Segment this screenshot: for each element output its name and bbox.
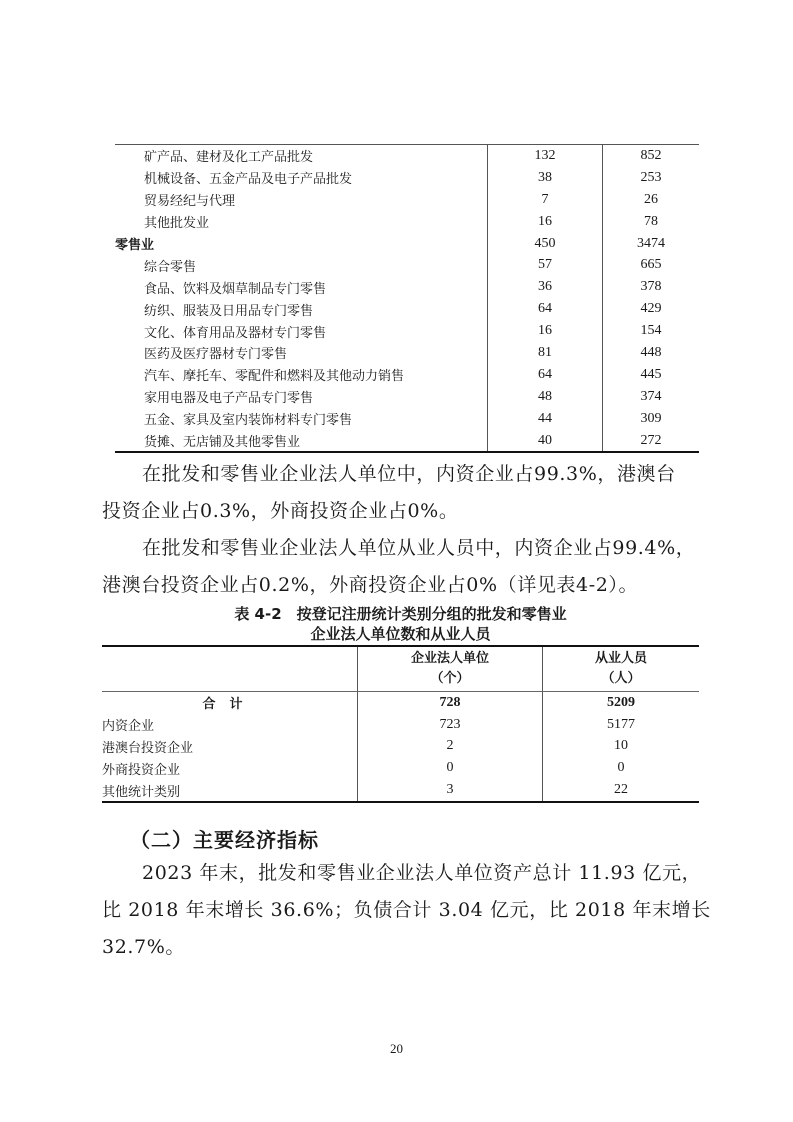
row-label: 汽车、摩托车、零配件和燃料及其他动力销售 — [115, 365, 487, 384]
units-cell: 728 — [357, 692, 542, 714]
table-row: 货摊、无店铺及其他零售业40272 — [115, 430, 699, 452]
employees-cell: 448 — [602, 342, 699, 364]
units-cell: 7 — [487, 189, 602, 211]
units-cell: 3 — [357, 779, 542, 801]
units-cell: 0 — [357, 757, 542, 779]
table-row: 食品、饮料及烟草制品专门零售36378 — [115, 276, 699, 298]
units-cell: 40 — [487, 430, 602, 452]
row-label: 外商投资企业 — [102, 759, 357, 778]
table-row: 内资企业7235177 — [102, 714, 699, 736]
employees-cell: 22 — [542, 779, 699, 801]
units-cell: 64 — [487, 364, 602, 386]
industry-breakdown-table: 矿产品、建材及化工产品批发132852 机械设备、五金产品及电子产品批发3825… — [115, 144, 699, 453]
employees-cell: 0 — [542, 757, 699, 779]
table-row-total: 合计7285209 — [102, 692, 699, 714]
table-row: 纺织、服装及日用品专门零售64429 — [115, 298, 699, 320]
employees-cell: 665 — [602, 254, 699, 276]
category-label: 零售业 — [115, 234, 487, 253]
employees-cell: 26 — [602, 189, 699, 211]
paragraph-line: 港澳台投资企业占0.2%，外商投资企业占0%（详见表4-2）。 — [102, 567, 702, 604]
table-row: 贸易经纪与代理726 — [115, 189, 699, 211]
units-cell: 44 — [487, 408, 602, 430]
units-cell: 132 — [487, 145, 602, 167]
employees-cell: 5177 — [542, 714, 699, 736]
header-employees: 从业人员 （人） — [542, 647, 699, 691]
employees-cell: 429 — [602, 298, 699, 320]
row-label: 综合零售 — [115, 256, 487, 275]
table-row: 五金、家具及室内装饰材料专门零售44309 — [115, 408, 699, 430]
units-cell: 16 — [487, 211, 602, 233]
units-cell: 64 — [487, 298, 602, 320]
row-label: 医药及医疗器材专门零售 — [115, 343, 487, 362]
table-row: 机械设备、五金产品及电子产品批发38253 — [115, 167, 699, 189]
table-row: 港澳台投资企业210 — [102, 736, 699, 758]
row-label: 其他批发业 — [115, 212, 487, 231]
units-cell: 48 — [487, 386, 602, 408]
units-cell: 38 — [487, 167, 602, 189]
row-label: 五金、家具及室内装饰材料专门零售 — [115, 409, 487, 428]
paragraph-line: 2023 年末，批发和零售业企业法人单位资产总计 11.93 亿元， — [142, 862, 701, 884]
paragraph-employees-share: 在批发和零售业企业法人单位从业人员中，内资企业占99.4%， 港澳台投资企业占0… — [102, 530, 702, 604]
paragraph-line: 32.7%。 — [102, 929, 702, 966]
paragraph-economic-indicators: 2023 年末，批发和零售业企业法人单位资产总计 11.93 亿元， 比 201… — [102, 855, 702, 966]
paragraph-units-share: 在批发和零售业企业法人单位中，内资企业占99.3%，港澳台 投资企业占0.3%，… — [102, 456, 702, 530]
table-row: 矿产品、建材及化工产品批发132852 — [115, 145, 699, 167]
row-label: 家用电器及电子产品专门零售 — [115, 387, 487, 406]
table-row: 其他统计类别322 — [102, 779, 699, 801]
registration-type-table: 企业法人单位 （个） 从业人员 （人） 合计7285209 内资企业723517… — [102, 645, 699, 803]
paragraph-line: 在批发和零售业企业法人单位从业人员中，内资企业占99.4%， — [142, 537, 695, 559]
row-label: 文化、体育用品及器材专门零售 — [115, 322, 487, 341]
units-cell: 450 — [487, 233, 602, 255]
table-caption-line2: 企业法人单位数和从业人员 — [102, 623, 699, 644]
employees-cell: 374 — [602, 386, 699, 408]
row-label: 其他统计类别 — [102, 781, 357, 800]
employees-cell: 154 — [602, 320, 699, 342]
page-number: 20 — [0, 1041, 793, 1057]
units-cell: 723 — [357, 714, 542, 736]
row-label: 贸易经纪与代理 — [115, 190, 487, 209]
employees-cell: 378 — [602, 276, 699, 298]
employees-cell: 253 — [602, 167, 699, 189]
units-cell: 36 — [487, 276, 602, 298]
table-row-category: 零售业4503474 — [115, 233, 699, 255]
employees-cell: 852 — [602, 145, 699, 167]
units-cell: 16 — [487, 320, 602, 342]
paragraph-line: 投资企业占0.3%，外商投资企业占0%。 — [102, 493, 702, 530]
table-caption: 表 4-2 按登记注册统计类别分组的批发和零售业 — [102, 603, 699, 624]
section-heading: （二）主要经济指标 — [130, 824, 319, 853]
table-row: 综合零售57665 — [115, 254, 699, 276]
paragraph-line: 在批发和零售业企业法人单位中，内资企业占99.3%，港澳台 — [142, 463, 676, 485]
employees-cell: 3474 — [602, 233, 699, 255]
row-label: 纺织、服装及日用品专门零售 — [115, 300, 487, 319]
units-cell: 81 — [487, 342, 602, 364]
employees-cell: 10 — [542, 736, 699, 758]
header-units: 企业法人单位 （个） — [357, 647, 542, 691]
units-cell: 57 — [487, 254, 602, 276]
paragraph-line: 比 2018 年末增长 36.6%；负债合计 3.04 亿元，比 2018 年末… — [102, 892, 702, 929]
employees-cell: 309 — [602, 408, 699, 430]
row-label: 港澳台投资企业 — [102, 737, 357, 756]
row-label: 机械设备、五金产品及电子产品批发 — [115, 168, 487, 187]
row-label: 内资企业 — [102, 715, 357, 734]
table-row: 外商投资企业00 — [102, 757, 699, 779]
row-label: 食品、饮料及烟草制品专门零售 — [115, 278, 487, 297]
employees-cell: 78 — [602, 211, 699, 233]
table-row: 汽车、摩托车、零配件和燃料及其他动力销售64445 — [115, 364, 699, 386]
row-label: 矿产品、建材及化工产品批发 — [115, 146, 487, 165]
row-label: 货摊、无店铺及其他零售业 — [115, 431, 487, 450]
table-row: 文化、体育用品及器材专门零售16154 — [115, 320, 699, 342]
units-cell: 2 — [357, 736, 542, 758]
employees-cell: 445 — [602, 364, 699, 386]
table-row: 其他批发业1678 — [115, 211, 699, 233]
table-row: 家用电器及电子产品专门零售48374 — [115, 386, 699, 408]
employees-cell: 272 — [602, 430, 699, 452]
employees-cell: 5209 — [542, 692, 699, 714]
total-label: 合计 — [102, 693, 357, 712]
table-row: 医药及医疗器材专门零售81448 — [115, 342, 699, 364]
table-header: 企业法人单位 （个） 从业人员 （人） — [102, 647, 699, 692]
